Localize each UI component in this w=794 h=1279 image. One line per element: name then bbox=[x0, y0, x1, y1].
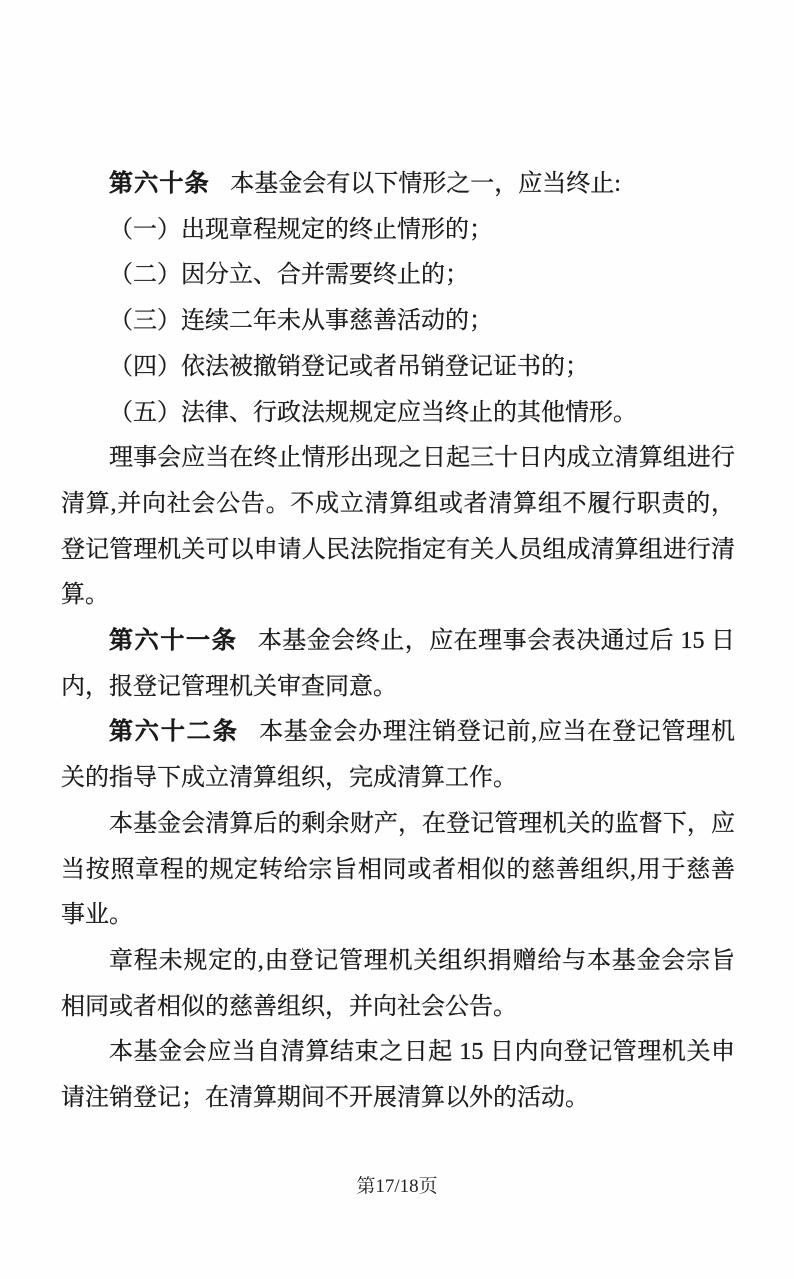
list-item-1: （一）出现章程规定的终止情形的； bbox=[61, 208, 735, 254]
paragraph-text: （五）法律、行政法规规定应当终止的其他情形。 bbox=[109, 400, 637, 426]
paragraph-text: 理事会应当在终止情形出现之日起三十日内成立清算组进行清算,并向社会公告。不成立清… bbox=[61, 445, 735, 608]
paragraph-text: （三）连续二年未从事慈善活动的； bbox=[109, 308, 493, 334]
article-62-body-paragraph-1: 本基金会清算后的剩余财产，在登记管理机关的监督下，应当按照章程的规定转给宗旨相同… bbox=[61, 802, 735, 939]
paragraph-text: 本基金会应当自清算结束之日起 15 日内向登记管理机关申请注销登记；在清算期间不… bbox=[61, 1039, 735, 1111]
paragraph-text: 本基金会有以下情形之一，应当终止: bbox=[230, 171, 621, 197]
list-item-2: （二）因分立、合并需要终止的； bbox=[61, 253, 735, 299]
paragraph-text: （一）出现章程规定的终止情形的； bbox=[109, 217, 493, 243]
article-61-number: 第六十一条 bbox=[109, 628, 237, 654]
list-item-4: （四）依法被撤销登记或者吊销登记证书的； bbox=[61, 345, 735, 391]
paragraph-text: 章程未规定的,由登记管理机关组织捐赠给与本基金会宗旨相同或者相似的慈善组织，并向… bbox=[61, 948, 735, 1020]
paragraph-text: （四）依法被撤销登记或者吊销登记证书的； bbox=[109, 354, 589, 380]
article-60-body-paragraph: 理事会应当在终止情形出现之日起三十日内成立清算组进行清算,并向社会公告。不成立清… bbox=[61, 436, 735, 619]
article-62-paragraph: 第六十二条本基金会办理注销登记前,应当在登记管理机关的指导下成立清算组织，完成清… bbox=[61, 710, 735, 801]
list-item-3: （三）连续二年未从事慈善活动的； bbox=[61, 299, 735, 345]
article-62-body-paragraph-2: 章程未规定的,由登记管理机关组织捐赠给与本基金会宗旨相同或者相似的慈善组织，并向… bbox=[61, 939, 735, 1030]
document-page: 第六十条本基金会有以下情形之一，应当终止: （一）出现章程规定的终止情形的； （… bbox=[0, 0, 794, 1279]
paragraph-text: （二）因分立、合并需要终止的； bbox=[109, 262, 469, 288]
article-62-body-paragraph-3: 本基金会应当自清算结束之日起 15 日内向登记管理机关申请注销登记；在清算期间不… bbox=[61, 1030, 735, 1121]
document-body: 第六十条本基金会有以下情形之一，应当终止: （一）出现章程规定的终止情形的； （… bbox=[61, 162, 735, 1122]
article-61-paragraph: 第六十一条本基金会终止，应在理事会表决通过后 15 日内，报登记管理机关审查同意… bbox=[61, 619, 735, 710]
paragraph-text: 本基金会清算后的剩余财产，在登记管理机关的监督下，应当按照章程的规定转给宗旨相同… bbox=[61, 811, 735, 928]
article-60-heading-paragraph: 第六十条本基金会有以下情形之一，应当终止: bbox=[61, 162, 735, 208]
list-item-5: （五）法律、行政法规规定应当终止的其他情形。 bbox=[61, 391, 735, 437]
article-60-number: 第六十条 bbox=[109, 171, 210, 197]
page-number-footer: 第17/18页 bbox=[0, 1174, 794, 1200]
article-62-number: 第六十二条 bbox=[109, 719, 239, 745]
